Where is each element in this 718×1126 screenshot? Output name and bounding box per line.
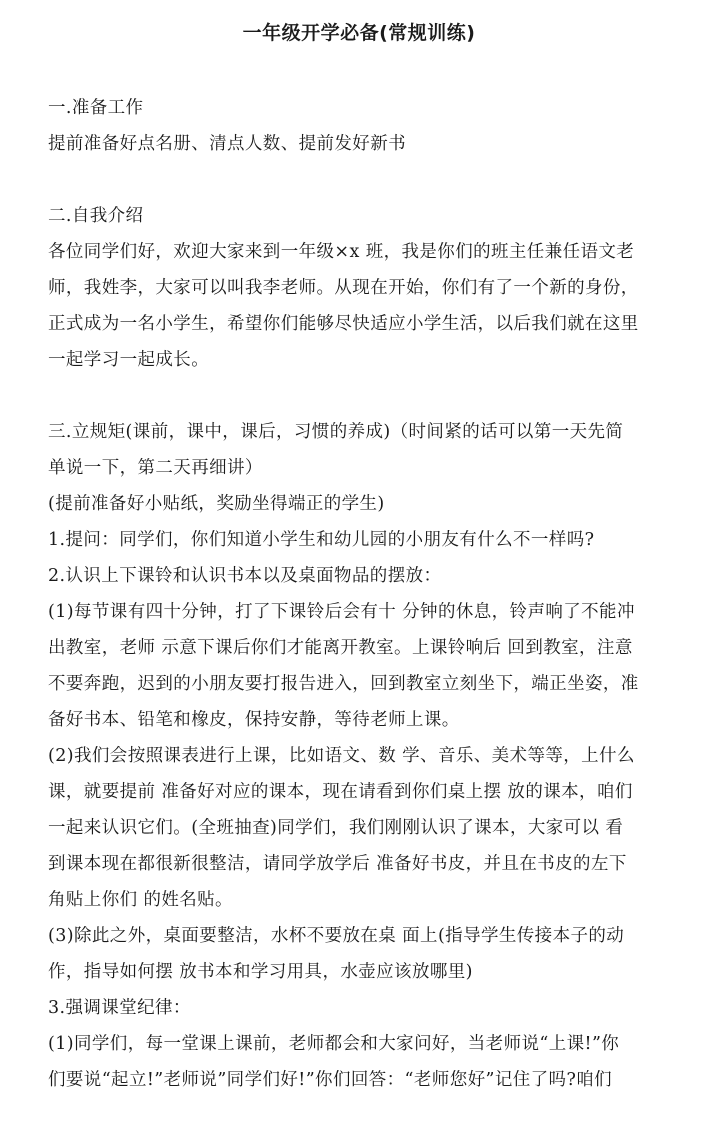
paragraph-line: (1)同学们，每一堂课上课前，老师都会和大家问好，当老师说“上课!”你	[48, 1026, 670, 1062]
list-item: 2.认识上下课铃和认识书本以及桌面物品的摆放：	[48, 558, 670, 594]
paragraph-line: 一起学习一起成长。	[48, 342, 670, 378]
paragraph-line: 各位同学们好，欢迎大家来到一年级×x 班，我是你们的班主任兼任语文老	[48, 234, 670, 270]
paragraph-line: 师，我姓李，大家可以叫我李老师。从现在开始，你们有了一个新的身份，	[48, 270, 670, 306]
blank-line	[48, 378, 670, 414]
section-heading-rules: 三.立规矩(课前，课中，课后，习惯的养成)（时间紧的话可以第一天先简	[48, 414, 670, 450]
paragraph-line: 正式成为一名小学生，希望你们能够尽快适应小学生活，以后我们就在这里	[48, 306, 670, 342]
blank-line	[48, 162, 670, 198]
paragraph-line: 角贴上你们 的姓名贴。	[48, 882, 670, 918]
paragraph-line: 出教室，老师 示意下课后你们才能离开教室。上课铃响后 回到教室，注意	[48, 630, 670, 666]
paragraph-line: 作，指导如何摆 放书本和学习用具，水壶应该放哪里)	[48, 954, 670, 990]
document-body: 一.准备工作 提前准备好点名册、清点人数、提前发好新书 二.自我介绍 各位同学们…	[48, 90, 670, 1098]
paragraph-line: (1)每节课有四十分钟，打了下课铃后会有十 分钟的休息，铃声响了不能冲	[48, 594, 670, 630]
paragraph-line: (2)我们会按照课表进行上课，比如语文、数 学、音乐、美术等等，上什么	[48, 738, 670, 774]
paragraph-line: 备好书本、铅笔和橡皮，保持安静，等待老师上课。	[48, 702, 670, 738]
paragraph-line: (提前准备好小贴纸，奖励坐得端正的学生)	[48, 486, 670, 522]
paragraph-line: 不要奔跑，迟到的小朋友要打报告进入，回到教室立刻坐下，端正坐姿，准	[48, 666, 670, 702]
section-heading-introduction: 二.自我介绍	[48, 198, 670, 234]
paragraph-line: (3)除此之外，桌面要整洁，水杯不要放在桌 面上(指导学生传接本子的动	[48, 918, 670, 954]
document-title: 一年级开学必备(常规训练)	[0, 18, 718, 48]
section-heading-preparation: 一.准备工作	[48, 90, 670, 126]
paragraph-line: 一起来认识它们。(全班抽查)同学们，我们刚刚认识了课本，大家可以 看	[48, 810, 670, 846]
paragraph-line: 课，就要提前 准备好对应的课本，现在请看到你们桌上摆 放的课本，咱们	[48, 774, 670, 810]
paragraph-line: 们要说“起立!”老师说”同学们好!”你们回答：“老师您好”记住了吗?咱们	[48, 1062, 670, 1098]
paragraph-line: 提前准备好点名册、清点人数、提前发好新书	[48, 126, 670, 162]
list-item: 1.提问：同学们，你们知道小学生和幼儿园的小朋友有什么不一样吗?	[48, 522, 670, 558]
paragraph-line: 到课本现在都很新很整洁，请同学放学后 准备好书皮，并且在书皮的左下	[48, 846, 670, 882]
list-item: 3.强调课堂纪律：	[48, 990, 670, 1026]
paragraph-line: 单说一下，第二天再细讲）	[48, 450, 670, 486]
